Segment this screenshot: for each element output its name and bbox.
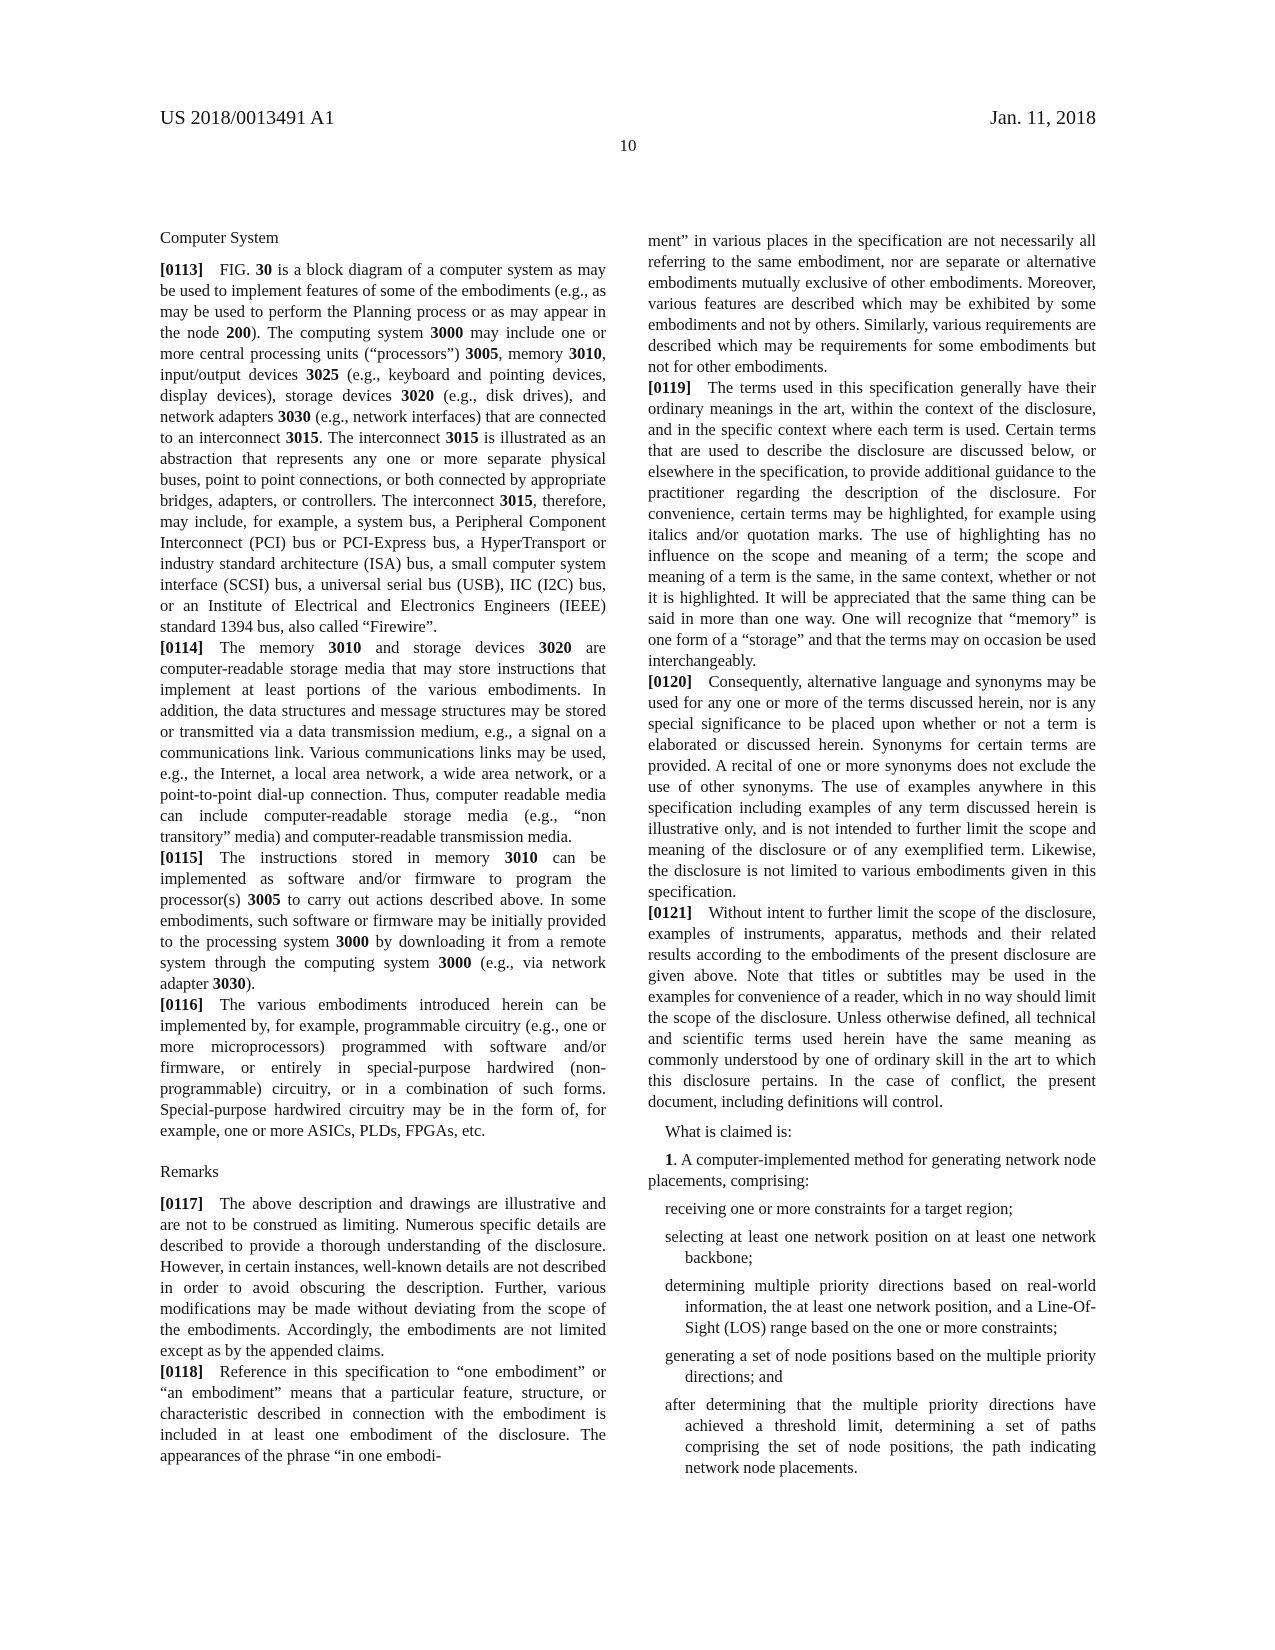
section-heading: Remarks	[160, 1161, 606, 1182]
paragraph: [0114] The memory 3010 and storage devic…	[160, 637, 606, 847]
paragraph: [0119] The terms used in this specificat…	[648, 377, 1096, 671]
page-number: 10	[160, 136, 1096, 156]
right-column: ment” in various places in the specifica…	[648, 230, 1096, 1478]
claim-element: receiving one or more constraints for a …	[648, 1198, 1096, 1219]
section-heading: Computer System	[160, 227, 606, 248]
publication-number: US 2018/0013491 A1	[160, 106, 334, 130]
claim-element: generating a set of node positions based…	[648, 1345, 1096, 1387]
paragraph: [0117] The above description and drawing…	[160, 1193, 606, 1361]
paragraph: [0121] Without intent to further limit t…	[648, 902, 1096, 1112]
patent-page: US 2018/0013491 A1 Jan. 11, 2018 10 Comp…	[0, 0, 1275, 1650]
paragraph: [0120] Consequently, alternative languag…	[648, 671, 1096, 902]
paragraph: [0116] The various embodiments introduce…	[160, 994, 606, 1141]
claim-element: selecting at least one network position …	[648, 1226, 1096, 1268]
claim-element: determining multiple priority directions…	[648, 1275, 1096, 1338]
publication-date: Jan. 11, 2018	[990, 106, 1096, 130]
paragraph: [0113] FIG. 30 is a block diagram of a c…	[160, 259, 606, 637]
page-header: US 2018/0013491 A1 Jan. 11, 2018	[160, 106, 1096, 130]
claim-element: after determining that the multiple prio…	[648, 1394, 1096, 1478]
left-column: Computer System[0113] FIG. 30 is a block…	[160, 227, 606, 1466]
paragraph: [0118] Reference in this specification t…	[160, 1361, 606, 1466]
claim-preamble: 1. A computer-implemented method for gen…	[648, 1149, 1096, 1191]
paragraph: ment” in various places in the specifica…	[648, 230, 1096, 377]
paragraph: [0115] The instructions stored in memory…	[160, 847, 606, 994]
claims-intro: What is claimed is:	[648, 1121, 1096, 1142]
